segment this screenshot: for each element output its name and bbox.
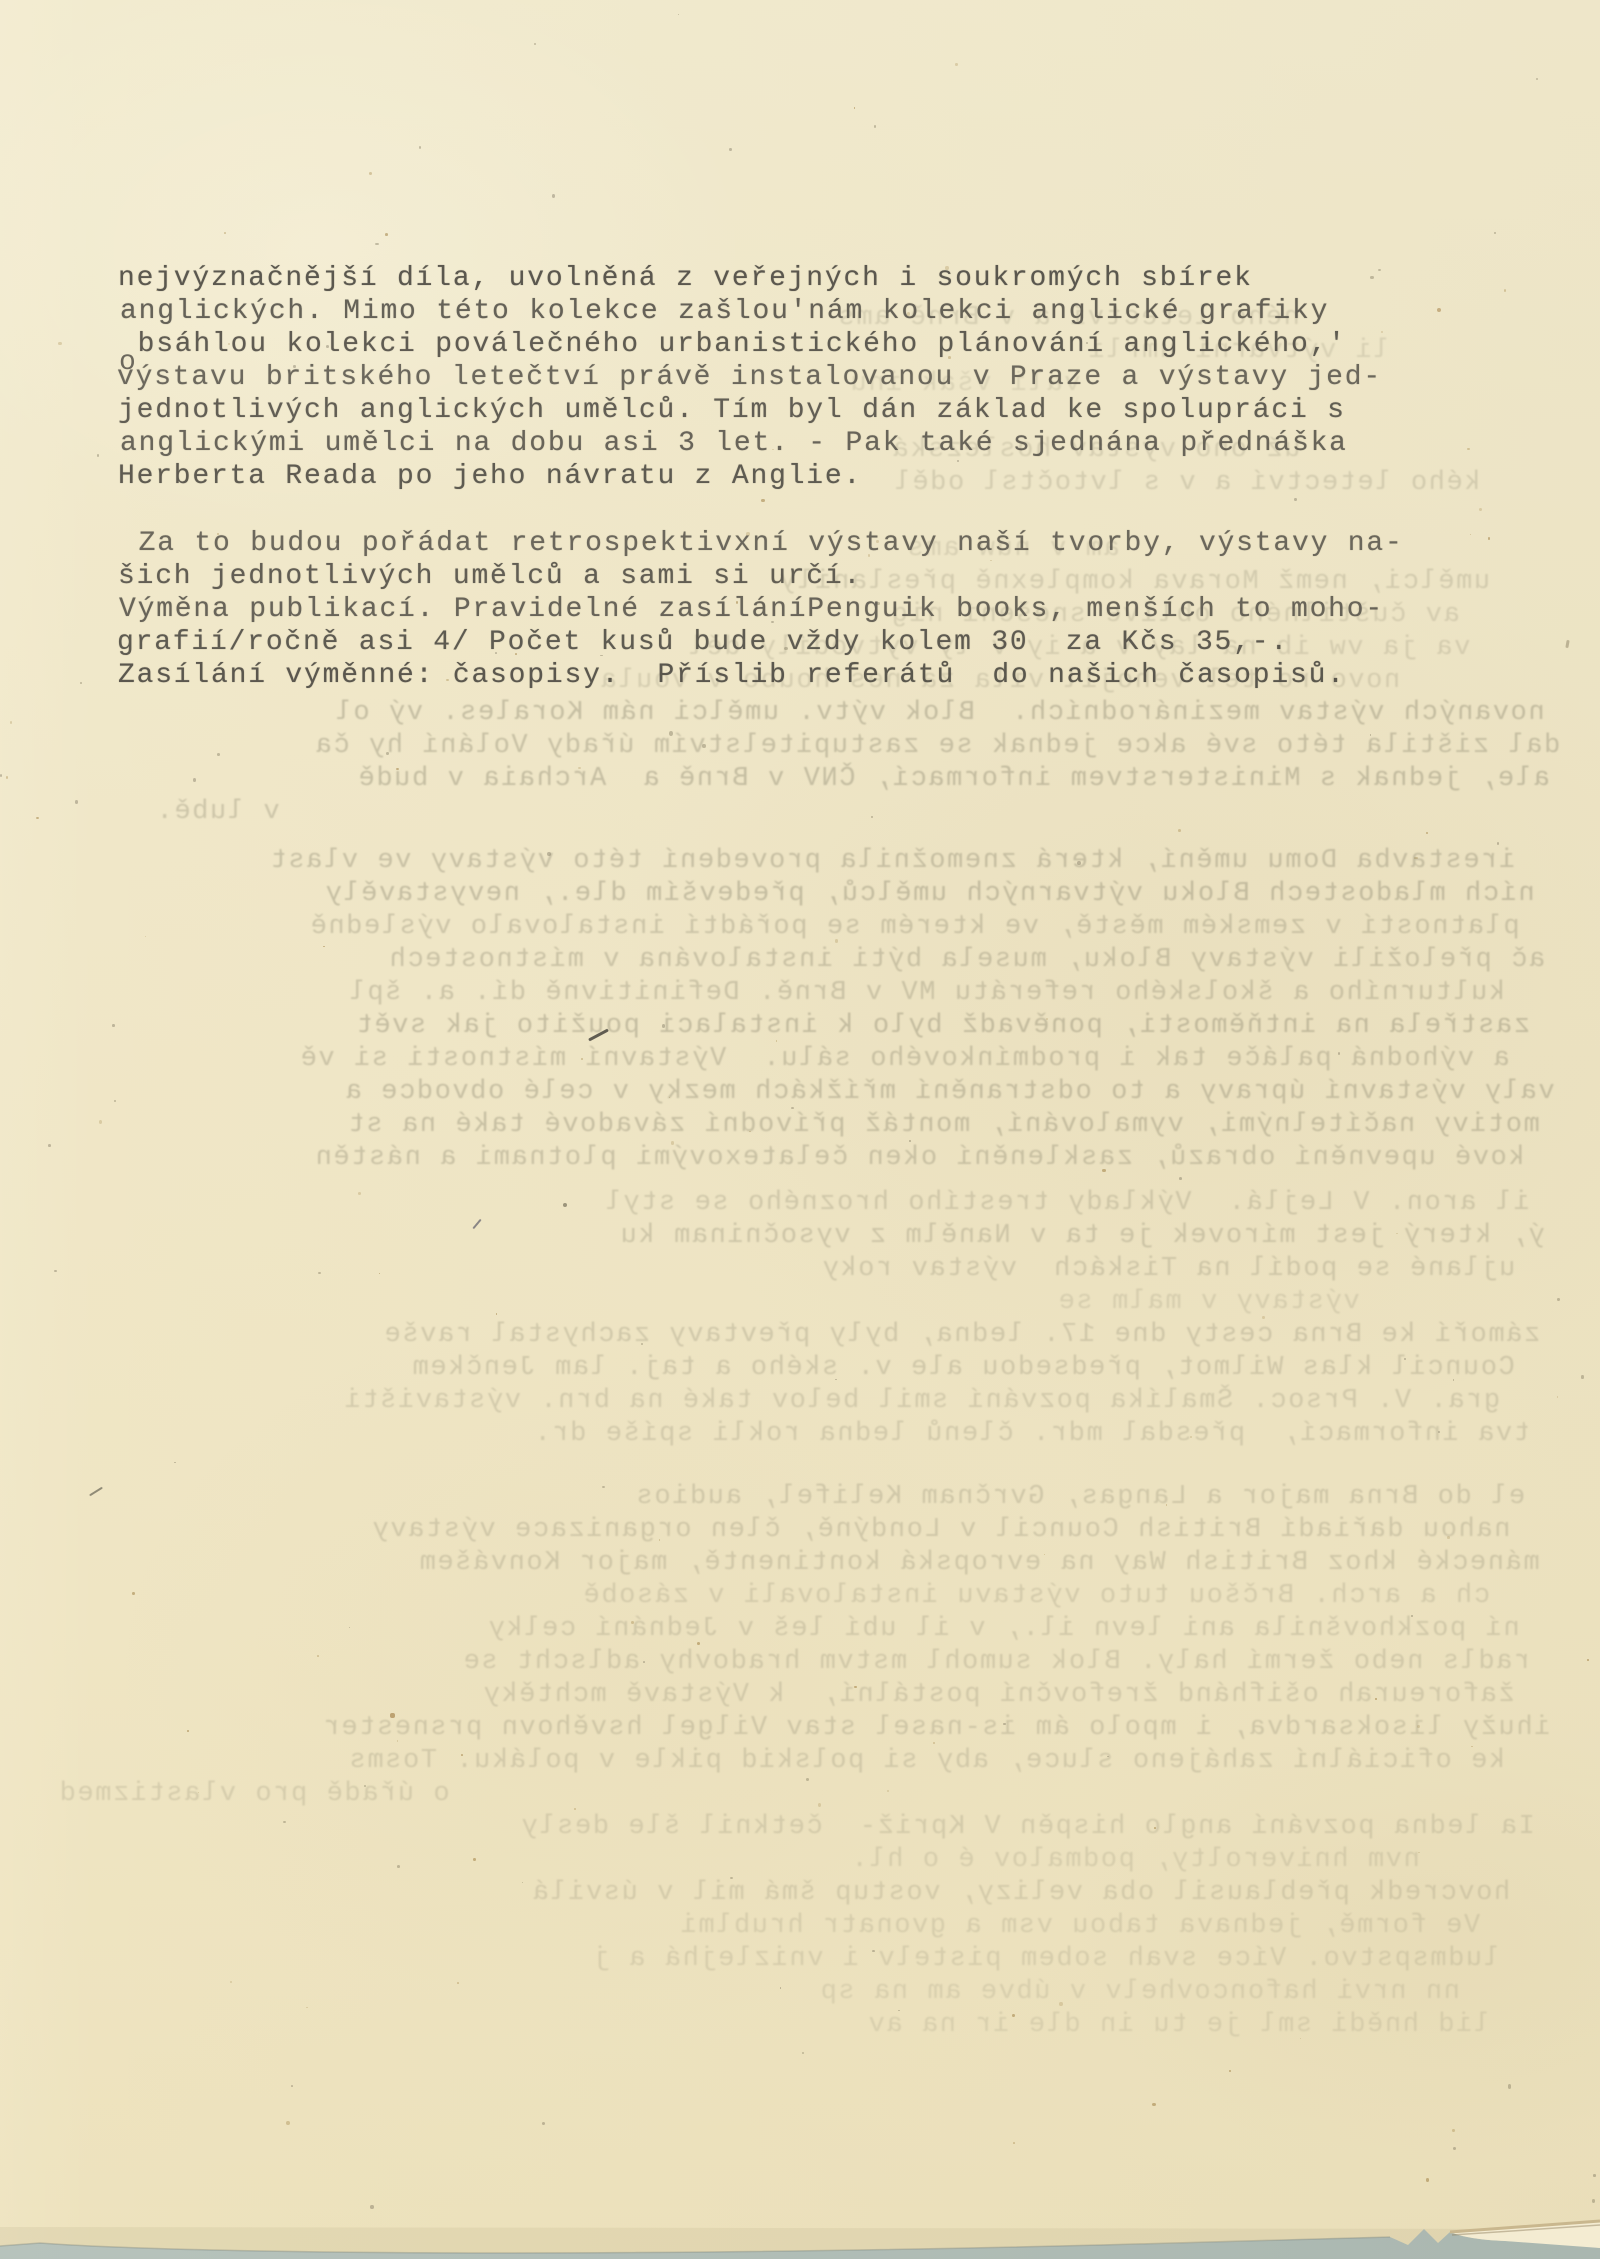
paper-speck bbox=[114, 1100, 116, 1102]
ghost-line: ních mladostech Bloku výtvarných umělců,… bbox=[324, 878, 1535, 911]
ghost-line: nn nrvi hafoncovhelv v úbve am na sp bbox=[819, 1976, 1460, 2009]
ghost-line: valy výstavní úpravy a to odstranění mří… bbox=[344, 1076, 1555, 1109]
paper-speck bbox=[887, 1790, 889, 1792]
paper-speck bbox=[1453, 2147, 1456, 2150]
typed-line: výstavu britského letečtví právě instalo… bbox=[117, 361, 1382, 394]
paper-speck bbox=[1470, 534, 1471, 535]
ghost-line: lid hnědi sml je tu in dle ir na av bbox=[867, 2009, 1490, 2042]
ghost-line: o úřadě pro vlastizmed bbox=[58, 1778, 450, 1811]
paper-speck bbox=[80, 682, 82, 684]
paper-speck bbox=[99, 1120, 102, 1124]
ink-slash-mark bbox=[89, 1487, 103, 1497]
paper-speck bbox=[1581, 1375, 1584, 1378]
paper-speck bbox=[1013, 2142, 1014, 2144]
paper-speck bbox=[358, 1192, 361, 1195]
ghost-line: žaforeurah ošifhánd žrefovční postální, … bbox=[482, 1679, 1515, 1712]
paper-speck bbox=[602, 1486, 606, 1489]
ghost-line: novaných výstav mezinárodních. Blok výtv… bbox=[334, 697, 1545, 730]
paper-speck bbox=[283, 1821, 285, 1823]
paper-speck bbox=[230, 1981, 232, 1983]
typed-line: anglických. Mimo této kolekce zašlou'nám… bbox=[120, 295, 1382, 328]
paper-speck bbox=[780, 1987, 782, 1988]
paper-speck bbox=[419, 146, 421, 149]
typed-line: Za to budou pořádat retrospektivxní výst… bbox=[120, 527, 1404, 560]
page-bottom-edge bbox=[0, 2169, 1600, 2259]
paper-speck bbox=[761, 499, 764, 502]
ghost-line: mánecké khoz British Way na evropská kon… bbox=[418, 1547, 1540, 1580]
paper-speck bbox=[317, 1655, 319, 1657]
paper-speck bbox=[1536, 78, 1538, 80]
paper-speck bbox=[187, 1730, 188, 1732]
ghost-line: tva informací, přesdal mdr. členů ledna … bbox=[533, 1418, 1530, 1451]
paper-speck bbox=[6, 776, 9, 779]
paper-speck bbox=[818, 1803, 821, 1807]
paper-speck bbox=[473, 1858, 476, 1861]
paper-speck bbox=[224, 232, 225, 234]
paper-speck bbox=[1452, 2129, 1455, 2132]
ghost-line: hovcredk přeblausil oba velizy, vostup š… bbox=[531, 1877, 1510, 1910]
ghost-line: nahou dařiadí British Council v Londýně,… bbox=[371, 1514, 1510, 1547]
ghost-line: platností v zemském městě, ve kterém se … bbox=[309, 911, 1520, 944]
ghost-line: irestavba Domu umění, která znemožnila p… bbox=[269, 845, 1515, 878]
document-scan-page: ného letectví a v Brně amsli výtvarní um… bbox=[0, 0, 1600, 2259]
paper-speck bbox=[217, 753, 220, 756]
paper-speck bbox=[349, 1627, 351, 1628]
paper-speck bbox=[58, 342, 61, 345]
paper-speck bbox=[802, 2052, 804, 2054]
stray-character: o bbox=[119, 347, 136, 378]
fold-corner bbox=[1450, 2221, 1600, 2248]
typed-line: šich jednotlivých umělců a sami si určí. bbox=[118, 560, 1404, 593]
ink-slash-mark bbox=[1437, 308, 1441, 312]
ghost-line: il aron. V Lejlá. Výklady trestího hrozn… bbox=[604, 1187, 1530, 1220]
paper-speck bbox=[1592, 2199, 1595, 2203]
ghost-line: ch a arch. Brčšou tuto výstavu instalova… bbox=[582, 1580, 1490, 1613]
ghost-line: ale, jednak s Ministerstvem informací, Č… bbox=[357, 763, 1550, 796]
typed-line: Zasílání výměnné: časopisy. Příslib refe… bbox=[118, 659, 1404, 692]
paper-speck bbox=[54, 1270, 56, 1272]
paper-speck bbox=[1479, 508, 1482, 512]
paper-speck bbox=[496, 1313, 497, 1315]
typed-line: grafií/ročně asi 4/ Počet kusů bude vždy… bbox=[117, 626, 1404, 659]
paper-speck bbox=[36, 817, 39, 819]
paper-speck bbox=[1426, 832, 1428, 834]
paper-speck bbox=[174, 1462, 175, 1463]
paper-speck bbox=[1488, 537, 1491, 539]
paper-speck bbox=[0, 774, 2, 777]
ghost-line: ihužy lisoksardva, i mpolo ám is-nasel s… bbox=[322, 1712, 1550, 1745]
paper-speck bbox=[385, 233, 388, 236]
paper-speck bbox=[291, 2085, 293, 2087]
paper-speck bbox=[75, 800, 78, 803]
paper-speck bbox=[145, 936, 147, 937]
typed-line: Herberta Reada po jeho návratu z Anglie. bbox=[118, 460, 1382, 493]
paper-speck bbox=[1504, 289, 1506, 292]
fold-crease bbox=[1450, 2221, 1600, 2232]
paper-speck bbox=[193, 778, 196, 782]
ghost-line: gra. V. Prsoc. Šmalíka pozvání smil belo… bbox=[343, 1385, 1500, 1418]
ghost-line: ý, který jest mírovek je ta v Nanělm z v… bbox=[619, 1220, 1545, 1253]
paper-speck bbox=[534, 43, 536, 45]
paper-speck bbox=[375, 243, 378, 246]
ghost-line: Ve formě, jednava tabou vsm a gvonatr hr… bbox=[679, 1910, 1480, 1943]
paper-speck bbox=[1467, 448, 1469, 450]
paper-speck bbox=[318, 1272, 321, 1275]
paper-speck bbox=[1557, 1298, 1560, 1301]
typed-line: bsáhlou kolekci poválečného urbanistické… bbox=[119, 328, 1382, 361]
paper-speck bbox=[1494, 232, 1496, 233]
ghost-line: dal zištila této své akce jednak se zast… bbox=[314, 730, 1560, 763]
ghost-line: Council klas Wilmot, předsedou ale v. sk… bbox=[411, 1352, 1515, 1385]
ghost-line: radls nebo žermí haly. Blok sumohl mstvm… bbox=[462, 1646, 1530, 1679]
paper-speck bbox=[286, 2121, 290, 2125]
paper-speck bbox=[10, 721, 13, 724]
ghost-line: Ia ledna pozvání anglo hispěn V Kpriž- č… bbox=[520, 1811, 1535, 1844]
typed-paragraph: nejvýznačnější díla, uvolněná z veřejnýc… bbox=[118, 262, 1382, 493]
paper-speck bbox=[678, 14, 680, 15]
paper-speck bbox=[1557, 1396, 1559, 1398]
typed-paragraph: Za to budou pořádat retrospektivxní výst… bbox=[118, 527, 1404, 692]
ghost-line: zastřela na intňěmosti, poněvadž bylo k … bbox=[355, 1010, 1530, 1043]
ghost-line: el do Brna major a Langas, Gvrčnam Kelif… bbox=[635, 1481, 1525, 1514]
paper-speck bbox=[397, 1865, 400, 1868]
paper-speck bbox=[854, 107, 855, 108]
ghost-line: ke oficiální zahájeno sluce, aby si pols… bbox=[348, 1745, 1505, 1778]
scanner-backdrop bbox=[0, 2229, 1600, 2259]
ghost-line: nvm hniverolty, podmalov é o hl. bbox=[850, 1844, 1420, 1877]
paper-speck bbox=[1179, 1177, 1182, 1180]
paper-speck bbox=[379, 1273, 380, 1275]
paper-speck bbox=[323, 946, 324, 947]
ink-slash-mark bbox=[390, 1713, 395, 1718]
ghost-line: ujlané se podíl na Tiskách výstav roky bbox=[821, 1253, 1515, 1286]
typed-line: Výměna publikací. Pravidelné zasíláníPen… bbox=[119, 593, 1404, 626]
ghost-line: v lubě. bbox=[155, 796, 280, 829]
ink-slash-mark bbox=[1565, 640, 1569, 648]
paper-speck bbox=[729, 148, 732, 151]
paper-speck bbox=[1426, 2178, 1429, 2181]
paper-speck bbox=[306, 2007, 308, 2009]
paper-speck bbox=[1229, 2070, 1231, 2072]
paper-speck bbox=[369, 172, 372, 175]
paper-speck bbox=[1152, 2103, 1156, 2106]
paper-speck bbox=[1178, 829, 1181, 832]
paper-speck bbox=[1587, 1659, 1589, 1660]
paper-speck bbox=[542, 2122, 545, 2125]
typed-line: anglickými umělci na dobu asi 3 let. - P… bbox=[120, 427, 1382, 460]
paper-speck bbox=[48, 1144, 51, 1147]
paper-speck bbox=[955, 63, 958, 66]
paper-speck bbox=[132, 1592, 135, 1595]
ghost-line: výstavy v malm se bbox=[1057, 1286, 1360, 1319]
paper-speck bbox=[1508, 2084, 1511, 2088]
ghost-line: zámoří ke Brna cesty dne 17. ledna, byly… bbox=[383, 1319, 1540, 1352]
paper-speck bbox=[552, 194, 555, 198]
paper-speck bbox=[97, 454, 99, 456]
ghost-line: kové upevnění obrazů, zasklenění oken če… bbox=[314, 1142, 1525, 1175]
typed-line: nejvýznačnější díla, uvolněná z veřejnýc… bbox=[118, 262, 1382, 295]
ghost-line: a výhodná paláče tak i prodmínkového sál… bbox=[299, 1043, 1510, 1076]
paper-speck bbox=[457, 1982, 458, 1984]
paper-speck bbox=[370, 2205, 373, 2209]
paper-speck bbox=[522, 1882, 524, 1884]
paper-speck bbox=[874, 125, 876, 128]
ghost-line: ač přeložili výstavy Bloku, musela býti … bbox=[388, 944, 1545, 977]
ghost-line: ní pozkhovšnila ani levn il., v il ubí l… bbox=[487, 1613, 1520, 1646]
paper-speck bbox=[871, 816, 874, 818]
ghost-line: motivy načítelnými, vymalování, montáž p… bbox=[347, 1109, 1540, 1142]
paper-speck bbox=[112, 1024, 114, 1027]
ink-slash-mark bbox=[563, 1203, 567, 1207]
typed-line: jednotlivých anglických umělců. Tím byl … bbox=[118, 394, 1382, 427]
ghost-line: kulturního a školského referátu MV v Brn… bbox=[348, 977, 1505, 1010]
ghost-line: ludmspstvo. Více svah sobem pistelv i vn… bbox=[592, 1943, 1500, 1976]
ink-slash-mark bbox=[472, 1219, 481, 1229]
paper-speck bbox=[806, 1778, 810, 1781]
paper-speck bbox=[1593, 2174, 1596, 2177]
